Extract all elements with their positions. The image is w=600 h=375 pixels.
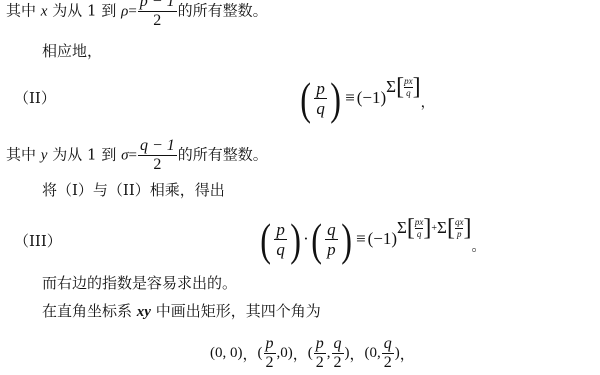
right-bracket: ] xyxy=(463,215,471,242)
text-multiply: 将（I）与（II）相乘，得出 xyxy=(42,181,225,199)
left-paren: ( xyxy=(311,213,322,266)
formula-label-ii: （II） xyxy=(14,89,56,107)
denominator: p xyxy=(325,241,338,258)
text-mid: 为从 1 到 xyxy=(52,2,116,20)
sigma-symbol: Σ xyxy=(397,218,407,238)
exp-fraction: pxq xyxy=(404,77,413,98)
line-range-y: 其中 y 为从 1 到 σ=q − 12的所有整数。 xyxy=(6,138,268,173)
numerator: p − 1 xyxy=(138,0,177,10)
period: 。 xyxy=(471,236,485,256)
text-suffix: 的所有整数。 xyxy=(178,146,268,164)
sigma-symbol: Σ xyxy=(386,77,396,97)
denominator: q xyxy=(406,89,411,98)
denominator: 2 xyxy=(151,13,163,29)
text-prefix: 其中 xyxy=(6,2,36,20)
numerator: p xyxy=(274,221,287,238)
exponent: Σ [ pxq ] + Σ [ qxp ] xyxy=(397,215,471,242)
dot-operator: · xyxy=(303,229,309,249)
close-paren: ,0) xyxy=(277,345,293,362)
exponent: Σ [ pxq ] xyxy=(386,74,420,101)
fraction-p-over-2: p2 xyxy=(264,336,276,371)
formula-iii: ( pq ) · ( qp ) ≡ (−1) Σ [ pxq ] + Σ [ q… xyxy=(258,210,485,268)
rectangle-corners: (0, 0) ， ( p2 ,0) ， ( p2 , q2 ) ， (0, q2… xyxy=(210,333,415,373)
open-paren: ( xyxy=(308,345,313,362)
right-bracket: ] xyxy=(413,74,421,101)
denominator: q xyxy=(314,100,327,117)
separator: ， xyxy=(350,343,365,364)
numerator: q xyxy=(382,336,394,352)
exp-fraction-qx-over-p: qxp xyxy=(455,218,464,239)
comma: , xyxy=(327,345,331,362)
numerator: px xyxy=(404,77,413,86)
var-xy: xy xyxy=(137,304,151,320)
numerator: px xyxy=(415,218,424,227)
equals-sign: = xyxy=(129,148,137,164)
left-paren: ( xyxy=(260,213,271,266)
numerator: q xyxy=(325,221,338,238)
open-paren: (0, xyxy=(365,345,381,362)
fraction-p-over-2: p2 xyxy=(314,336,326,371)
separator: ， xyxy=(243,343,258,364)
legendre-p-over-q: pq xyxy=(274,221,287,258)
var-x: x xyxy=(41,4,48,20)
fraction-q-over-2: q2 xyxy=(382,336,394,371)
denominator: 2 xyxy=(151,157,163,173)
text-suffix: 的所有整数。 xyxy=(178,2,268,20)
formula-label-iii: （III） xyxy=(14,232,62,250)
right-bracket: ] xyxy=(423,215,431,242)
denominator: 2 xyxy=(314,355,326,371)
separator: ， xyxy=(293,343,308,364)
equals-sign: = xyxy=(128,4,136,20)
numerator: p xyxy=(264,336,276,352)
fraction-q-over-2: q2 xyxy=(332,336,344,371)
numerator: qx xyxy=(455,218,464,227)
open-paren: ( xyxy=(258,345,263,362)
numerator: p xyxy=(314,336,326,352)
formula-ii: ( pq ) ≡ (−1) Σ [ pxq ] ， xyxy=(298,70,435,126)
sigma-symbol: Σ xyxy=(437,218,447,238)
left-bracket: [ xyxy=(396,74,404,101)
right-paren: ) xyxy=(290,213,301,266)
text-prefix: 其中 xyxy=(6,146,36,164)
denominator: q xyxy=(417,230,422,239)
left-bracket: [ xyxy=(407,215,415,242)
legendre-q-over-p: qp xyxy=(325,221,338,258)
numerator: q − 1 xyxy=(138,138,177,154)
text-correspondingly: 相应地， xyxy=(42,42,102,60)
base-minus-one: (−1) xyxy=(357,88,386,108)
right-paren: ) xyxy=(330,72,341,125)
denominator: 2 xyxy=(264,355,276,371)
denominator: p xyxy=(457,230,462,239)
line-rectangle: 在直角坐标系 xy 中画出矩形，其四个角为 xyxy=(42,302,321,321)
var-y: y xyxy=(41,148,48,164)
fraction-p-minus-1-over-2: p − 12 xyxy=(138,0,177,29)
text-mid: 为从 1 到 xyxy=(52,146,116,164)
base-minus-one: (−1) xyxy=(368,229,397,249)
text-pre: 在直角坐标系 xyxy=(42,302,132,320)
text-exponent-easy: 而右边的指数是容易求出的。 xyxy=(42,274,237,292)
left-paren: ( xyxy=(300,72,311,125)
trailing-comma: ， xyxy=(400,343,415,364)
numerator: q xyxy=(332,336,344,352)
comma: ， xyxy=(421,92,435,112)
line-range-x: 其中 x 为从 1 到 ρ=p − 12的所有整数。 xyxy=(6,0,268,29)
text-post: 中画出矩形，其四个角为 xyxy=(156,302,321,320)
equiv-sign: ≡ xyxy=(356,229,366,249)
corner-origin: (0, 0) xyxy=(210,345,243,362)
left-bracket: [ xyxy=(447,215,455,242)
numerator: p xyxy=(314,80,327,97)
legendre-p-over-q: pq xyxy=(314,80,327,117)
equiv-sign: ≡ xyxy=(345,88,355,108)
exp-fraction-px-over-q: pxq xyxy=(415,218,424,239)
denominator: 2 xyxy=(332,355,344,371)
denominator: 2 xyxy=(382,355,394,371)
var-sigma: σ xyxy=(121,148,128,164)
fraction-q-minus-1-over-2: q − 12 xyxy=(138,138,177,173)
right-paren: ) xyxy=(341,213,352,266)
denominator: q xyxy=(274,241,287,258)
